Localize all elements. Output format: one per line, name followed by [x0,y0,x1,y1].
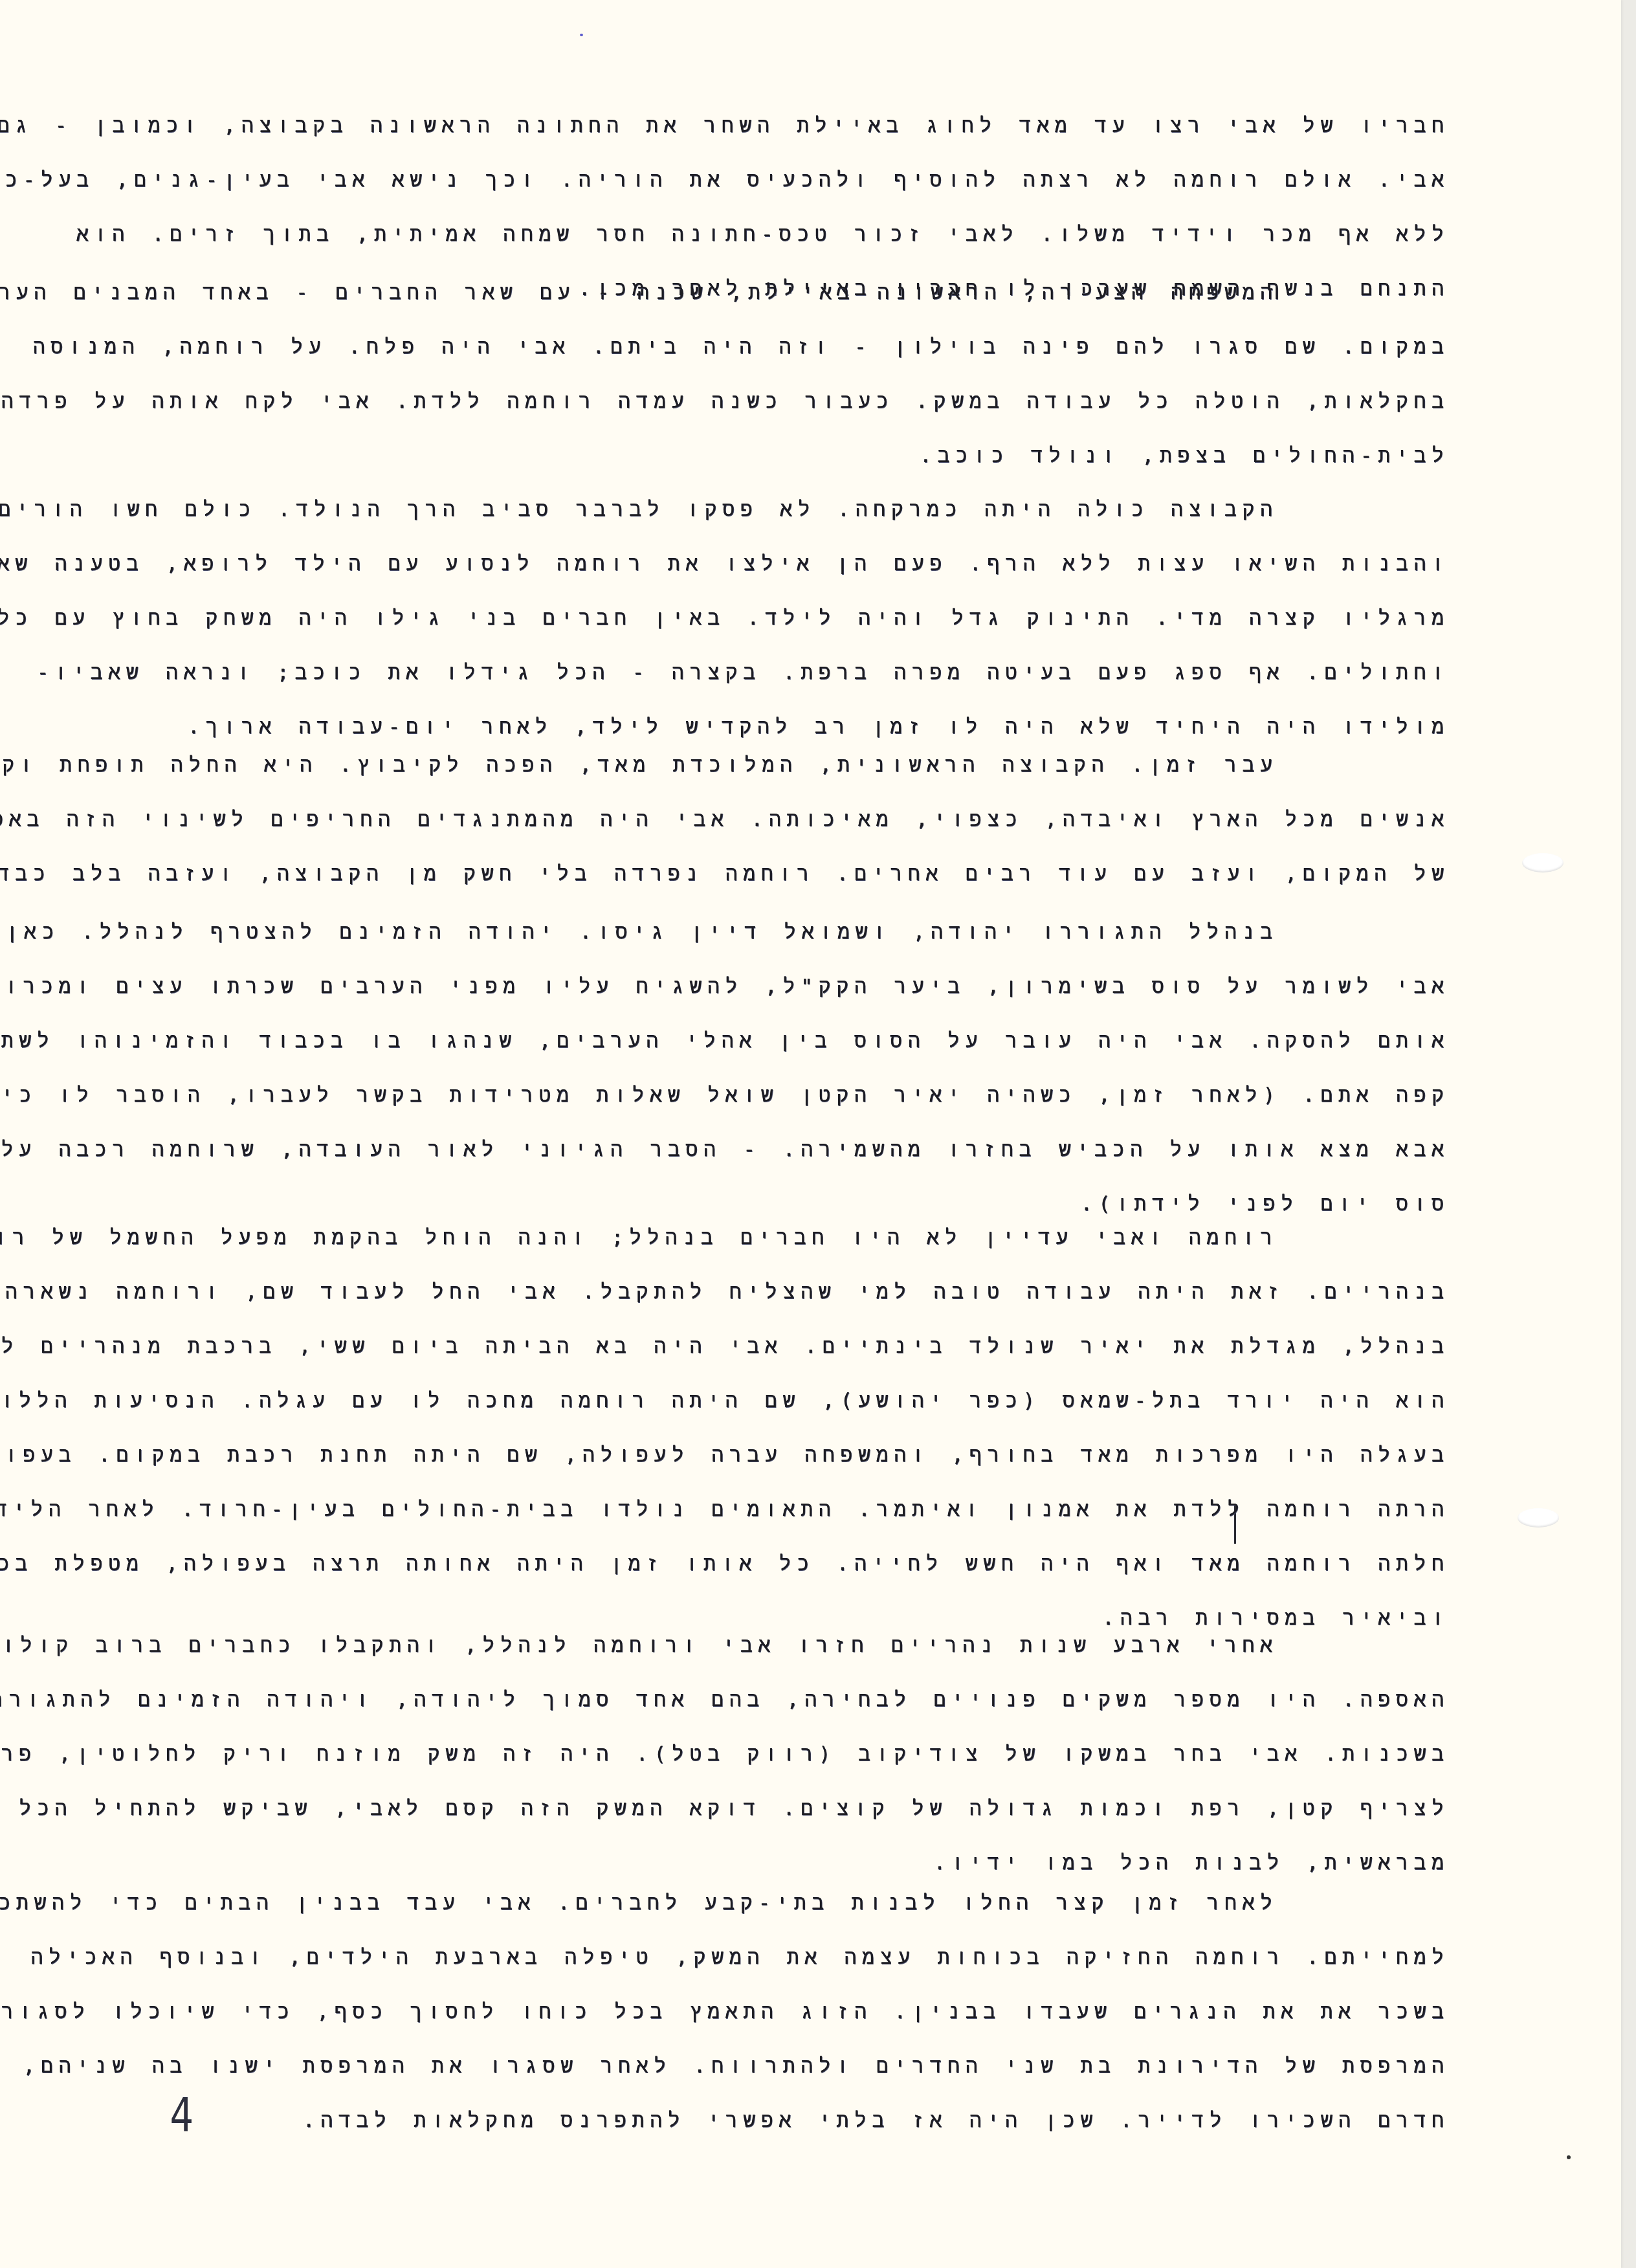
punch-hole-top [1522,853,1564,873]
typewritten-page: חבריו של אבי רצו עד מאד לחוג באיילת השחר… [0,0,1621,2268]
blue-ink-dot [580,34,583,36]
text-line: אנשים מכל הארץ ואיבדה, כצפוי, מאיכותה. א… [155,792,1450,847]
text-line: לבית-החולים בצפת, ונולד כוכב. [155,428,1450,483]
text-line: במקום. שם סגרו להם פינה בוילון - וזה היה… [155,320,1450,374]
stray-dot [1567,2155,1571,2159]
text-line: חדרם השכירו לדייר. שכן היה אז בלתי אפשרי… [155,2093,1450,2148]
paragraph: המשפחה הצעירה, הראשונה באיילת, שכנה - עם… [155,265,1450,483]
text-line: המשפחה הצעירה, הראשונה באיילת, שכנה - עם… [155,265,1450,320]
text-line: בשכר את את הנגרים שעבדו בבנין. הזוג התאמ… [155,1984,1450,2039]
text-line: אחרי ארבע שנות נהריים חזרו אבי ורוחמה לנ… [155,1618,1450,1673]
text-line: לצריף קטן, רפת וכמות גדולה של קוצים. דוק… [155,1781,1450,1836]
paragraph: הקבוצה כולה היתה כמרקחה. לא פסקו לברבר ס… [155,482,1450,754]
text-line: אבי. אולם רוחמה לא רצתה להוסיף ולהכעיס א… [155,153,1450,207]
text-line: המרפסת של הדירונת בת שני החדרים ולהתרווח… [155,2039,1450,2093]
text-line: מרגליו קצרה מדי. התינוק גדל והיה לילד. ב… [155,591,1450,645]
text-line: חבריו של אבי רצו עד מאד לחוג באיילת השחר… [155,98,1450,153]
text-line: והבנות השיאו עצות ללא הרף. פעם הן אילצו … [155,537,1450,591]
paragraph: בנהלל התגוררו יהודה, ושמואל דיין גיסו. י… [155,905,1450,1231]
text-line: בנהריים. זאת היתה עבודה טובה למי שהצליח … [155,1265,1450,1319]
text-line: ללא אף מכר וידיד משלו. לאבי זכור טכס-חתו… [155,207,1450,261]
text-line: לאחר זמן קצר החלו לבנות בתי-קבע לחברים. … [155,1876,1450,1930]
text-line: בעגלה היו מפרכות מאד בחורף, והמשפחה עברה… [155,1428,1450,1482]
text-line: בנהלל התגוררו יהודה, ושמואל דיין גיסו. י… [155,905,1450,959]
paragraph: עבר זמן. הקבוצה הראשונית, המלוכדת מאד, ה… [155,738,1450,901]
paragraph: אחרי ארבע שנות נהריים חזרו אבי ורוחמה לנ… [155,1618,1450,1890]
text-line: אבי לשומר על סוס בשימרון, ביער הקק"ל, לה… [155,959,1450,1014]
paragraph: רוחמה ואבי עדיין לא היו חברים בנהלל; והנ… [155,1210,1450,1645]
handwritten-page-number: 4 [170,2087,194,2142]
text-line: רוחמה ואבי עדיין לא היו חברים בנהלל; והנ… [155,1210,1450,1265]
text-line: הקבוצה כולה היתה כמרקחה. לא פסקו לברבר ס… [155,482,1450,537]
text-line: בשכנות. אבי בחר במשקו של צודיקוב (רווק ב… [155,1727,1450,1781]
text-line: האספה. היו מספר משקים פנויים לבחירה, בהם… [155,1673,1450,1727]
text-line: למחייתם. רוחמה החזיקה בכוחות עצמה את המש… [155,1930,1450,1984]
text-line: וחתולים. אף ספג פעם בעיטה מפרה ברפת. בקצ… [155,645,1450,700]
text-line: אותם להסקה. אבי היה עובר על הסוס בין אהל… [155,1014,1450,1068]
text-line: בנהלל, מגדלת את יאיר שנולד בינתיים. אבי … [155,1319,1450,1373]
punch-hole-bottom [1518,1508,1559,1528]
text-line: חלתה רוחמה מאד ואף היה חשש לחייה. כל אות… [155,1537,1450,1591]
text-line: אבא מצא אותו על הכביש בחזרו מהשמירה. - ה… [155,1122,1450,1177]
text-line: עבר זמן. הקבוצה הראשונית, המלוכדת מאד, ה… [155,738,1450,792]
text-line: של המקום, ועזב עם עוד רבים אחרים. רוחמה … [155,847,1450,901]
text-line: קפה אתם. (לאחר זמן, כשהיה יאיר הקטן שואל… [155,1068,1450,1122]
text-line: הוא היה יורד בתל-שמאס (כפר יהושע), שם הי… [155,1373,1450,1428]
paragraph: לאחר זמן קצר החלו לבנות בתי-קבע לחברים. … [155,1876,1450,2148]
text-line: בחקלאות, הוטלה כל עבודה במשק. כעבור כשנה… [155,374,1450,428]
text-line: הרתה רוחמה ללדת את אמנון ואיתמר. התאומים… [155,1482,1450,1537]
